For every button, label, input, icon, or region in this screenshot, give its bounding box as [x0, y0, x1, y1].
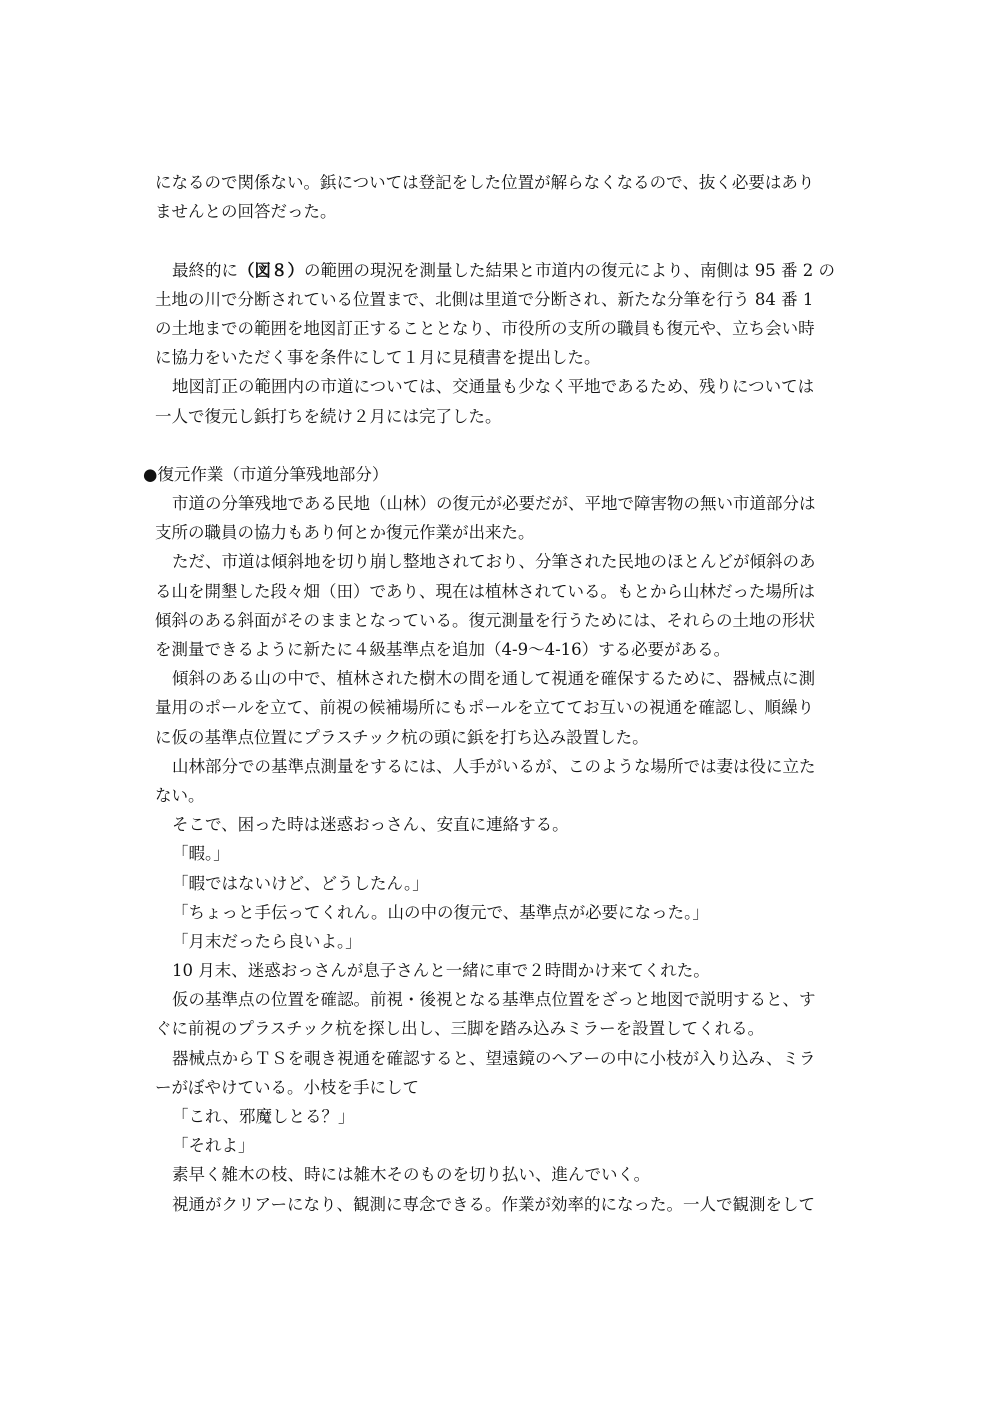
text-line: そこで、困った時は迷惑おっさん、安直に連絡する。	[155, 810, 861, 839]
text-line: 「暇ではないけど、どうしたん。」	[155, 869, 861, 898]
text-line: 仮の基準点の位置を確認。前視・後視となる基準点位置をざっと地図で説明すると、す	[155, 985, 861, 1014]
text-line: 素早く雑木の枝、時には雑木そのものを切り払い、進んでいく。	[155, 1160, 861, 1189]
text-line: 「月末だったら良いよ。」	[155, 927, 861, 956]
text-run: の範囲の現況を測量した結果と市道内の復元により、南側は 95 番 2 の	[304, 261, 835, 280]
text-line: を測量できるように新たに４級基準点を追加（4-9～4-16）する必要がある。	[155, 635, 861, 664]
text-line: 量用のポールを立て、前視の候補場所にもポールを立ててお互いの視通を確認し、順繰り	[155, 693, 861, 722]
text-line: ない。	[155, 781, 861, 810]
text-line: 傾斜のある斜面がそのままとなっている。復元測量を行うためには、それらの土地の形状	[155, 606, 861, 635]
text-line: 一人で復元し鋲打ちを続け２月には完了した。	[155, 402, 861, 431]
text-line: 山林部分での基準点測量をするには、人手がいるが、このような場所では妻は役に立た	[155, 752, 861, 781]
paragraph-map-correction: 地図訂正の範囲内の市道については、交通量も少なく平地であるため、残りについては …	[155, 372, 861, 430]
text-line: 「ちょっと手伝ってくれん。山の中の復元で、基準点が必要になった。」	[155, 898, 861, 927]
text-line: になるので関係ない。鋲については登記をした位置が解らなくなるので、抜く必要はあり	[155, 168, 861, 197]
text-line: 地図訂正の範囲内の市道については、交通量も少なく平地であるため、残りについては	[155, 372, 861, 401]
text-line: 10 月末、迷惑おっさんが息子さんと一緒に車で２時間かけ来てくれた。	[155, 956, 861, 985]
paragraph-final-scope: 最終的に（図８）の範囲の現況を測量した結果と市道内の復元により、南側は 95 番…	[155, 256, 861, 373]
paragraph-gap	[155, 431, 861, 460]
text-line: ただ、市道は傾斜地を切り崩し整地されており、分筆された民地のほとんどが傾斜のあ	[155, 547, 861, 576]
text-line: 視通がクリアーになり、観測に専念できる。作業が効率的になった。一人で観測をして	[155, 1190, 861, 1219]
text-line: の土地までの範囲を地図訂正することとなり、市役所の支所の職員も復元や、立ち会い時	[155, 314, 861, 343]
text-line: ぐに前視のプラスチック杭を探し出し、三脚を踏み込みミラーを設置してくれる。	[155, 1014, 861, 1043]
paragraph-gap	[155, 226, 861, 255]
paragraph-answer: になるので関係ない。鋲については登記をした位置が解らなくなるので、抜く必要はあり…	[155, 168, 861, 226]
text-line: 土地の川で分断されている位置まで、北側は里道で分断され、新たな分筆を行う 84 …	[155, 285, 861, 314]
text-line: 支所の職員の協力もあり何とか復元作業が出来た。	[155, 518, 861, 547]
text-line: 「これ、邪魔しとる？」	[155, 1102, 861, 1131]
text-run: 最終的に	[172, 261, 238, 280]
text-line: 傾斜のある山の中で、植林された樹木の間を通して視通を確保するために、器械点に測	[155, 664, 861, 693]
text-line: 器械点からＴＳを覗き視通を確認すると、望遠鏡のヘアーの中に小枝が入り込み、ミラ	[155, 1044, 861, 1073]
section-heading: ●復元作業（市道分筆残地部分）	[143, 460, 861, 489]
text-line: に仮の基準点位置にプラスチック杭の頭に鋲を打ち込み設置した。	[155, 723, 861, 752]
text-line: 「暇。」	[155, 839, 861, 868]
text-line: 「それよ」	[155, 1131, 861, 1160]
figure-reference: （図８）	[238, 261, 304, 280]
text-line: ませんとの回答だった。	[155, 197, 861, 226]
text-line: に協力をいただく事を条件にして１月に見積書を提出した。	[155, 343, 861, 372]
text-line: 市道の分筆残地である民地（山林）の復元が必要だが、平地で障害物の無い市道部分は	[155, 489, 861, 518]
text-line: ーがぼやけている。小枝を手にして	[155, 1073, 861, 1102]
section-body: 市道の分筆残地である民地（山林）の復元が必要だが、平地で障害物の無い市道部分は支…	[155, 489, 861, 1219]
document-page: になるので関係ない。鋲については登記をした位置が解らなくなるので、抜く必要はあり…	[155, 168, 861, 1219]
text-line: 最終的に（図８）の範囲の現況を測量した結果と市道内の復元により、南側は 95 番…	[155, 256, 861, 285]
text-line: る山を開墾した段々畑（田）であり、現在は植林されている。もとから山林だった場所は	[155, 577, 861, 606]
